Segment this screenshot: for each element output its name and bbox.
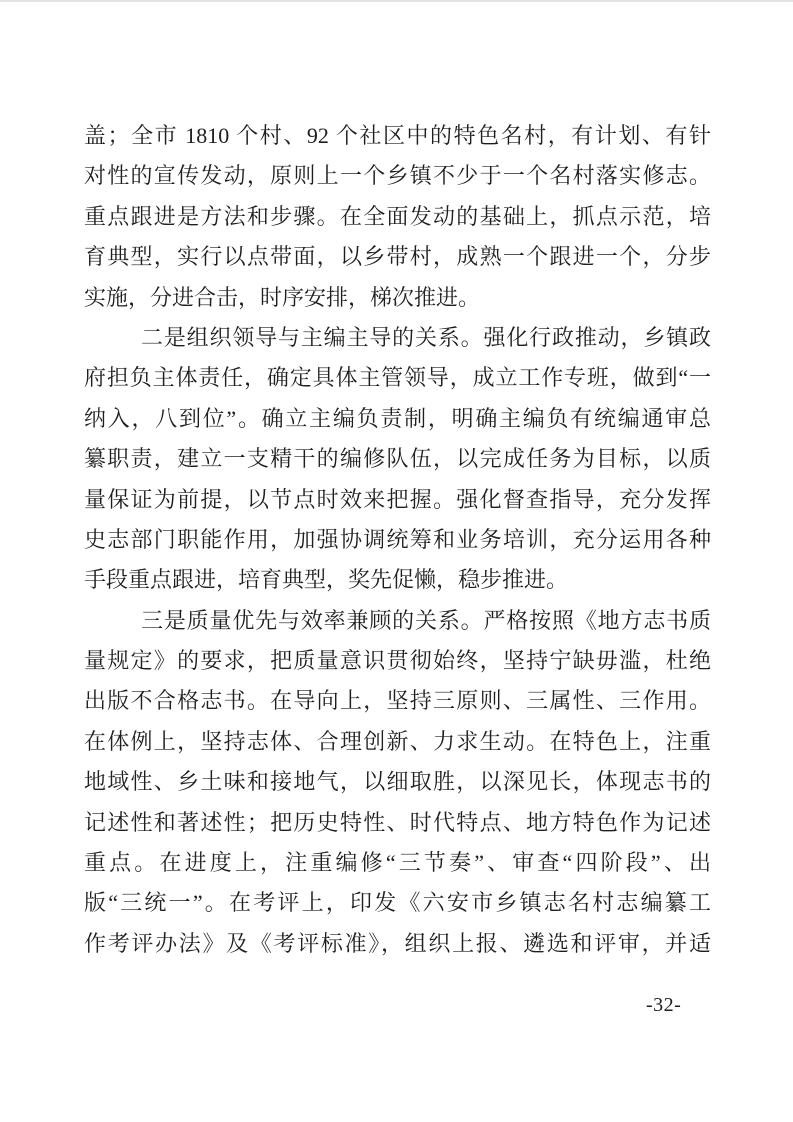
text-line: 量规定》的要求，把质量意识贯彻始终，坚持宁缺毋滥，杜绝 [84,641,711,681]
page-number: -32- [646,994,706,1016]
text-line: 盖；全市 1810 个村、92 个社区中的特色名村，有计划、有针 [84,116,711,156]
text-line: 地域性、乡土味和接地气，以细取胜，以深见长，体现志书的 [84,762,711,802]
text-line: 府担负主体责任，确定具体主管领导，成立工作专班，做到“一 [84,358,711,398]
text-line: 纳入，八到位”。确立主编负责制，明确主编负有统编通审总 [84,399,711,439]
text-line: 纂职责，建立一支精干的编修队伍，以完成任务为目标，以质 [84,439,711,479]
text-line: 量保证为前提，以节点时效来把握。强化督查指导，充分发挥 [84,480,711,520]
text-line: 育典型，实行以点带面，以乡带村，成熟一个跟进一个，分步 [84,237,711,277]
scan-edge [0,0,793,2]
document-text: 盖；全市 1810 个村、92 个社区中的特色名村，有计划、有针 对性的宣传发动… [84,116,711,964]
text-line: 出版不合格志书。在导向上，坚持三原则、三属性、三作用。 [84,681,711,721]
text-line: 记述性和著述性；把历史特性、时代特点、地方特色作为记述 [84,803,711,843]
text-line: 手段重点跟进，培育典型，奖先促懒，稳步推进。 [84,560,711,600]
text-line: 实施，分进合击，时序安排，梯次推进。 [84,278,711,318]
text-line: 对性的宣传发动，原则上一个乡镇不少于一个名村落实修志。 [84,156,711,196]
text-line: 在体例上，坚持志体、合理创新、力求生动。在特色上，注重 [84,722,711,762]
text-line: 三是质量优先与效率兼顾的关系。严格按照《地方志书质 [84,601,711,641]
text-line: 作考评办法》及《考评标准》，组织上报、遴选和评审，并适 [84,924,711,964]
text-line: 二是组织领导与主编主导的关系。强化行政推动，乡镇政 [84,318,711,358]
text-line: 版“三统一”。在考评上，印发《六安市乡镇志名村志编纂工 [84,883,711,923]
text-line: 重点跟进是方法和步骤。在全面发动的基础上，抓点示范，培 [84,197,711,237]
text-line: 史志部门职能作用，加强协调统筹和业务培训，充分运用各种 [84,520,711,560]
text-line: 重点。在进度上，注重编修“三节奏”、审查“四阶段”、出 [84,843,711,883]
document-page: 盖；全市 1810 个村、92 个社区中的特色名村，有计划、有针 对性的宣传发动… [0,0,793,1122]
